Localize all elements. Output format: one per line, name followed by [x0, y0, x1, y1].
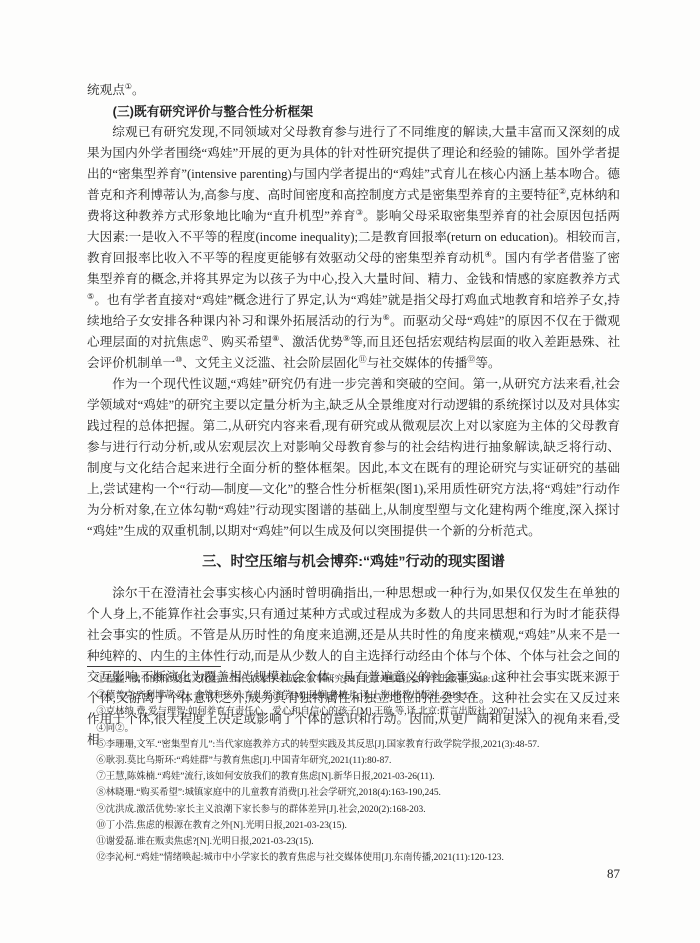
footnote-list: ①程猛.“读书的料”及其文化生产:当代农家子弟成长叙事研究[M].北京:中国社会…: [87, 672, 620, 866]
footnote-divider: [87, 666, 221, 667]
footnote-ref: ⑩: [175, 355, 182, 364]
footnote-item: ⑦王慧,陈姝楠.“鸡娃”流行,该如何安放我们的教育焦虑[N].新华日报,2021…: [87, 769, 620, 785]
footnote-ref: ⑨: [343, 334, 350, 343]
footnote-ref: ⑫: [467, 355, 475, 364]
footnote-item: ④同②。: [87, 721, 620, 737]
page-number: 87: [607, 866, 620, 882]
footnote-item: ⑪谢爱磊.谁在贩卖焦虑?[N].光明日报,2021-03-23(15).: [87, 834, 620, 850]
footnote-ref: ⑦: [201, 334, 208, 343]
footnote-item: ⑤李珊珊,文军.“密集型育儿”:当代家庭教养方式的转型实践及其反思[J].国家教…: [87, 737, 620, 753]
section-heading: 三、时空压缩与机会博弈:“鸡娃”行动的现实图谱: [87, 551, 620, 573]
footnote-item: ②德普克,齐利博蒂.爱、金钱和孩子:育儿经济学[M].吴娴,鲁敏儿,译.上海:格…: [87, 688, 620, 704]
body-paragraph: 作为一个现代性议题,“鸡娃”研究仍有进一步完善和突破的空间。第一,从研究方法来看…: [87, 374, 620, 542]
footnote-item: ⑨沈洪成.激活优势:家长主义浪潮下家长参与的群体差异[J].社会,2020(2)…: [87, 802, 620, 818]
footnote-item: ①程猛.“读书的料”及其文化生产:当代农家子弟成长叙事研究[M].北京:中国社会…: [87, 672, 620, 688]
footnote-item: ⑥耿羽.莫比乌斯环:“鸡娃群”与教育焦虑[J].中国青年研究,2021(11):…: [87, 753, 620, 769]
footnote-ref: ⑧: [272, 334, 279, 343]
footnote-ref: ④: [485, 250, 492, 259]
continuation-paragraph: 统观点①。: [87, 80, 620, 101]
subsection-heading: (三)既有研究评价与整合性分析框架: [87, 101, 620, 122]
paragraph-group-before-heading: 综观已有研究发现,不同领域对父母教育参与进行了不同维度的解读,大量丰富而又深刻的…: [87, 122, 620, 542]
body-paragraph: 综观已有研究发现,不同领域对父母教育参与进行了不同维度的解读,大量丰富而又深刻的…: [87, 122, 620, 374]
paper-page: 统观点①。 (三)既有研究评价与整合性分析框架 综观已有研究发现,不同领域对父母…: [0, 0, 700, 943]
footnote-ref: ⑥: [383, 313, 390, 322]
footnote-item: ⑩丁小浩.焦虑的根源在教育之外[N].光明日报,2021-03-23(15).: [87, 818, 620, 834]
footnote-ref: ⑤: [87, 292, 94, 301]
footnote-item: ⑫李沁柯.“鸡娃”情绪唤起:城市中小学家长的教育焦虑与社交媒体使用[J].东南传…: [87, 850, 620, 866]
footnote-ref: ⑪: [359, 355, 367, 364]
main-text-column: 统观点①。 (三)既有研究评价与整合性分析框架 综观已有研究发现,不同领域对父母…: [87, 80, 620, 751]
footnote-item: ③克林纳,费.爱与理智:如何养育有责任心、爱心和自信心的孩子[M].王璇,等,译…: [87, 704, 620, 720]
footnote-ref: ②: [559, 187, 566, 196]
footnote-ref: ③: [356, 208, 363, 217]
footnote-ref: ①: [125, 82, 132, 91]
footnote-item: ⑧林晓珊.“购买希望”:城镇家庭中的儿童教育消费[J].社会学研究,2018(4…: [87, 785, 620, 801]
footnotes-section: ①程猛.“读书的料”及其文化生产:当代农家子弟成长叙事研究[M].北京:中国社会…: [87, 666, 620, 866]
